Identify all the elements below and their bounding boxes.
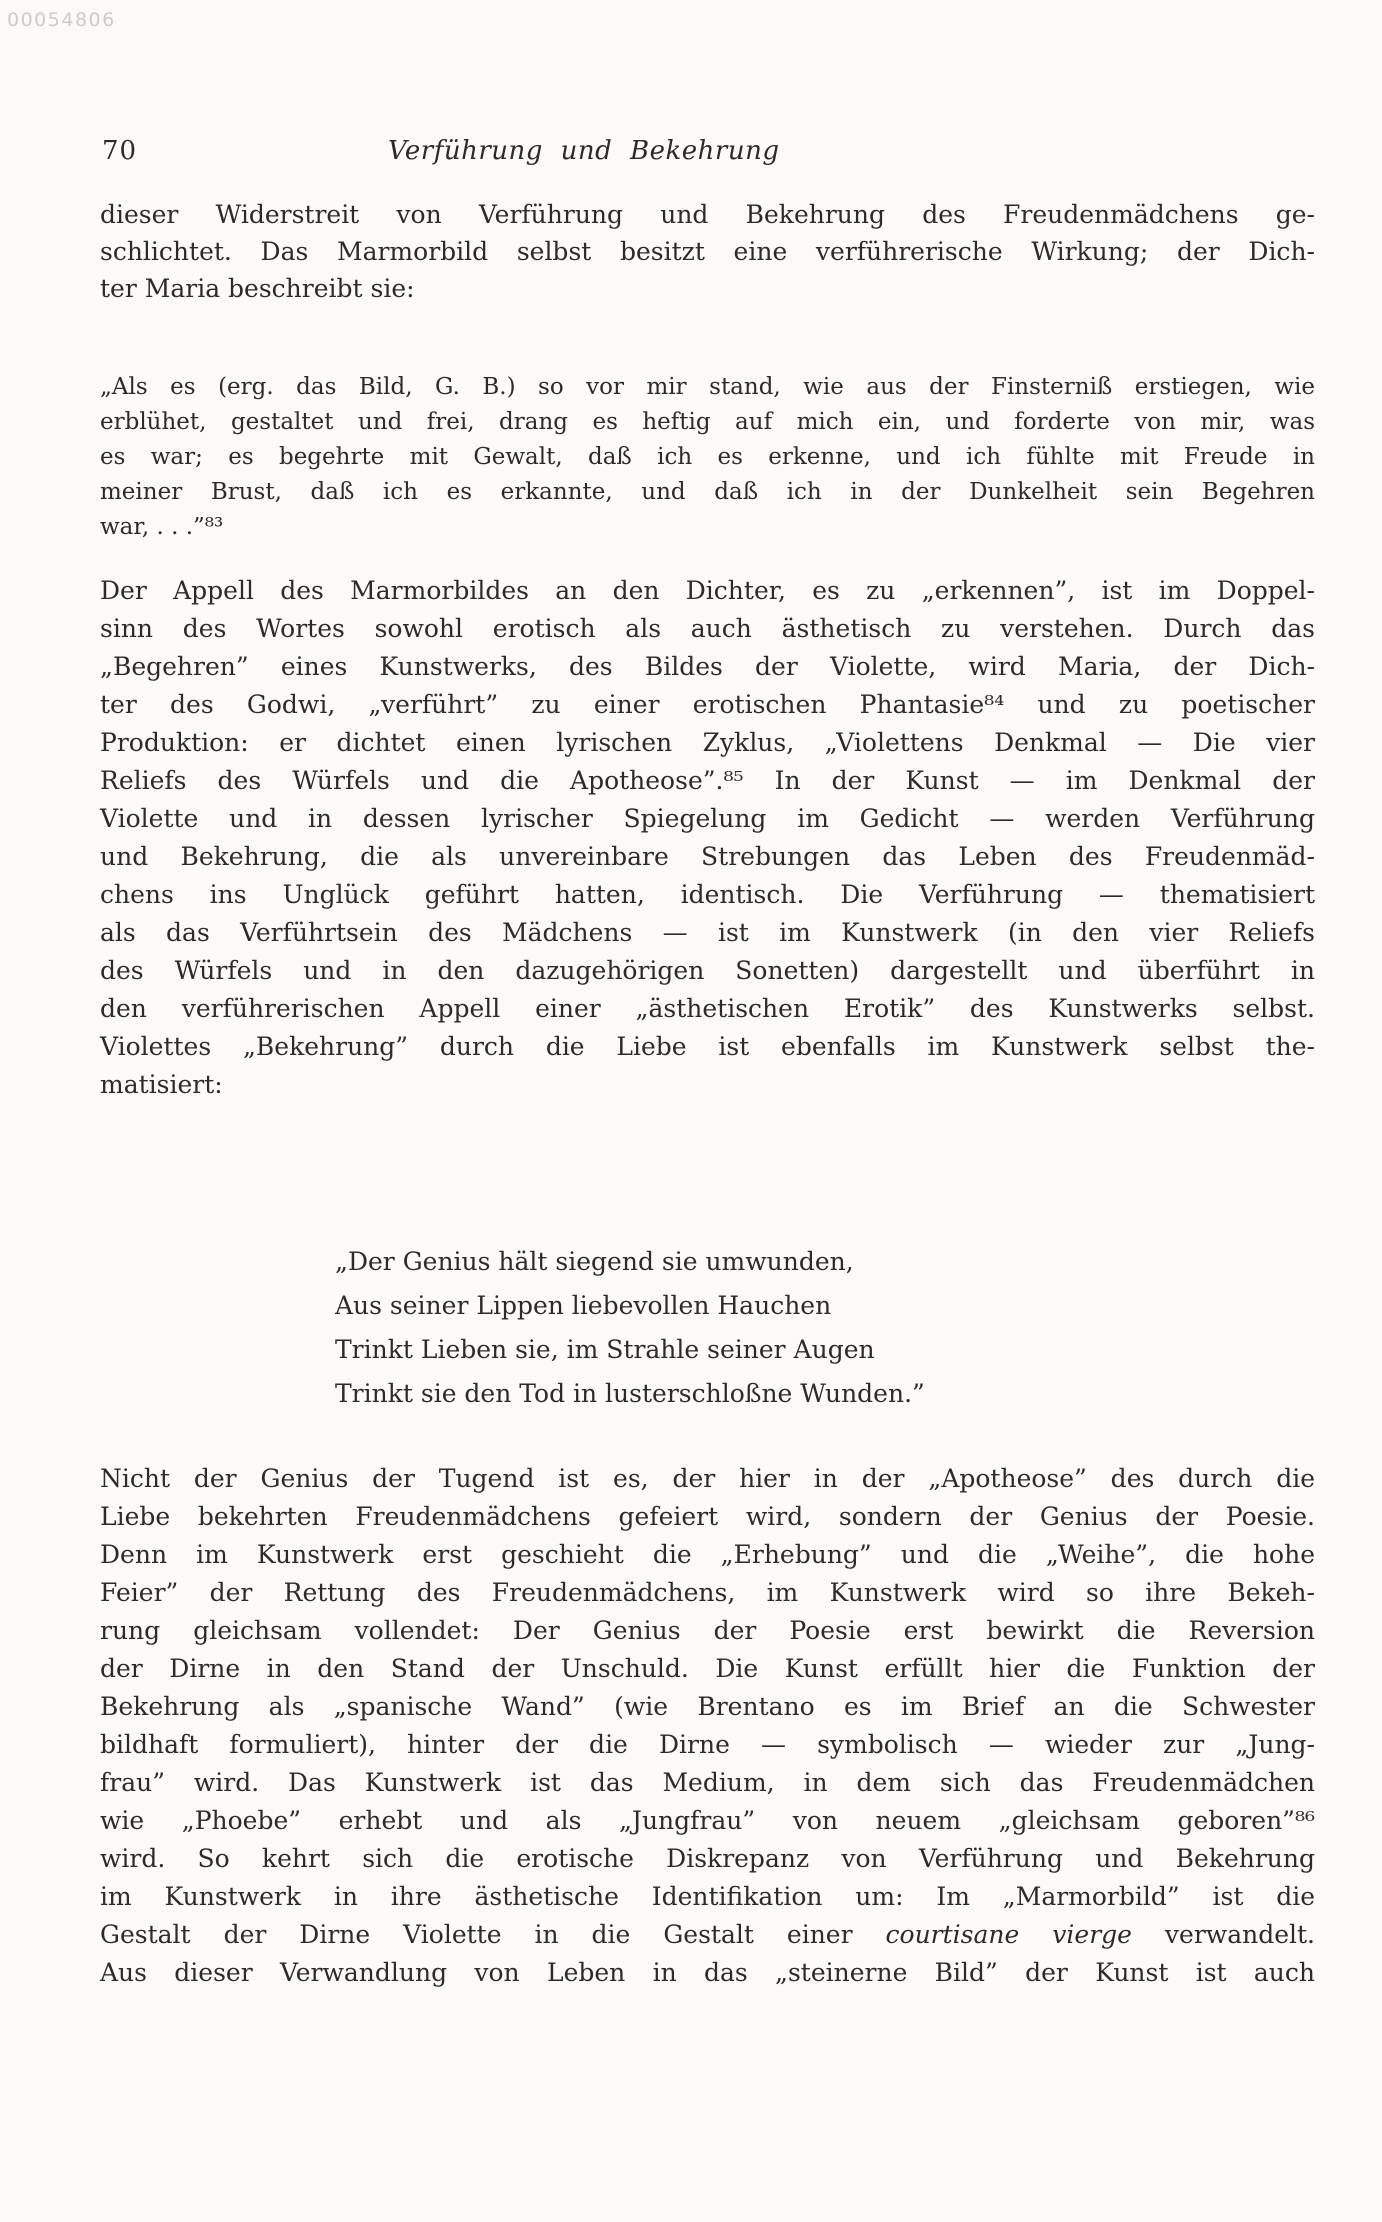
block-quote: „Als es (erg. das Bild, G. B.) so vor mi… — [100, 370, 1315, 545]
text-line: „Begehren” eines Kunstwerks, des Bildes … — [100, 648, 1315, 686]
text-line: Aus dieser Verwandlung von Leben in das … — [100, 1954, 1315, 1992]
paragraph-2: Der Appell des Marmorbildes an den Dicht… — [100, 572, 1315, 1104]
text-line: Trinkt sie den Tod in lusterschloßne Wun… — [335, 1372, 1382, 1416]
text-line: Reliefs des Würfels und die Apotheose”.⁸… — [100, 762, 1315, 800]
paragraph-3: Nicht der Genius der Tugend ist es, der … — [100, 1460, 1315, 1992]
text-line: Violette und in dessen lyrischer Spiegel… — [100, 800, 1315, 838]
text-line: chens ins Unglück geführt hatten, identi… — [100, 876, 1315, 914]
text-line: Denn im Kunstwerk erst geschieht die „Er… — [100, 1536, 1315, 1574]
running-title: Verführung und Bekehrung — [388, 136, 780, 166]
text-line: des Würfels und in den dazugehörigen Son… — [100, 952, 1315, 990]
verse-quote: „Der Genius hält siegend sie umwunden,Au… — [100, 1240, 1382, 1416]
paragraph-1: dieser Widerstreit von Verführung und Be… — [100, 196, 1315, 307]
page-number: 70 — [102, 136, 137, 166]
text-line: frau” wird. Das Kunstwerk ist das Medium… — [100, 1764, 1315, 1802]
text-line: es war; es begehrte mit Gewalt, daß ich … — [100, 440, 1315, 475]
text-line: Liebe bekehrten Freudenmädchens gefeiert… — [100, 1498, 1315, 1536]
text-line: wird. So kehrt sich die erotische Diskre… — [100, 1840, 1315, 1878]
text-line: Der Appell des Marmorbildes an den Dicht… — [100, 572, 1315, 610]
text-line: den verführerischen Appell einer „ästhet… — [100, 990, 1315, 1028]
text-line: wie „Phoebe” erhebt und als „Jungfrau” v… — [100, 1802, 1315, 1840]
text-line: Nicht der Genius der Tugend ist es, der … — [100, 1460, 1315, 1498]
text-line: meiner Brust, daß ich es erkannte, und d… — [100, 475, 1315, 510]
text-line: bildhaft formuliert), hinter der die Dir… — [100, 1726, 1315, 1764]
text-line: und Bekehrung, die als unvereinbare Stre… — [100, 838, 1315, 876]
scanned-book-page: { "colors": { "paper": "#fbfaf7", "ink":… — [0, 0, 1382, 2222]
text-line: erblühet, gestaltet und frei, drang es h… — [100, 405, 1315, 440]
text-line: ter Maria beschreibt sie: — [100, 270, 1315, 307]
text-line: Gestalt der Dirne Violette in die Gestal… — [100, 1916, 1315, 1954]
text-line: war, . . .”⁸³ — [100, 510, 1315, 545]
text-line: als das Verführtsein des Mädchens — ist … — [100, 914, 1315, 952]
text-line: Aus seiner Lippen liebevollen Hauchen — [335, 1284, 1382, 1328]
text-line: im Kunstwerk in ihre ästhetische Identif… — [100, 1878, 1315, 1916]
text-line: Feier” der Rettung des Freudenmädchens, … — [100, 1574, 1315, 1612]
text-line: schlichtet. Das Marmorbild selbst besitz… — [100, 233, 1315, 270]
text-line: Violettes „Bekehrung” durch die Liebe is… — [100, 1028, 1315, 1066]
text-line: dieser Widerstreit von Verführung und Be… — [100, 196, 1315, 233]
text-line: matisiert: — [100, 1066, 1315, 1104]
book-page: 00054806 70 Verführung und Bekehrung die… — [0, 0, 1382, 2222]
text-line: Bekehrung als „spanische Wand” (wie Bren… — [100, 1688, 1315, 1726]
text-line: rung gleichsam vollendet: Der Genius der… — [100, 1612, 1315, 1650]
text-line: sinn des Wortes sowohl erotisch als auch… — [100, 610, 1315, 648]
text-line: „Der Genius hält siegend sie umwunden, — [335, 1240, 1382, 1284]
scan-id-stamp: 00054806 — [7, 9, 116, 31]
text-line: Produktion: er dichtet einen lyrischen Z… — [100, 724, 1315, 762]
text-line: der Dirne in den Stand der Unschuld. Die… — [100, 1650, 1315, 1688]
text-line: Trinkt Lieben sie, im Strahle seiner Aug… — [335, 1328, 1382, 1372]
text-line: ter des Godwi, „verführt” zu einer eroti… — [100, 686, 1315, 724]
text-line: „Als es (erg. das Bild, G. B.) so vor mi… — [100, 370, 1315, 405]
page-header: 70 Verführung und Bekehrung — [100, 136, 1315, 180]
